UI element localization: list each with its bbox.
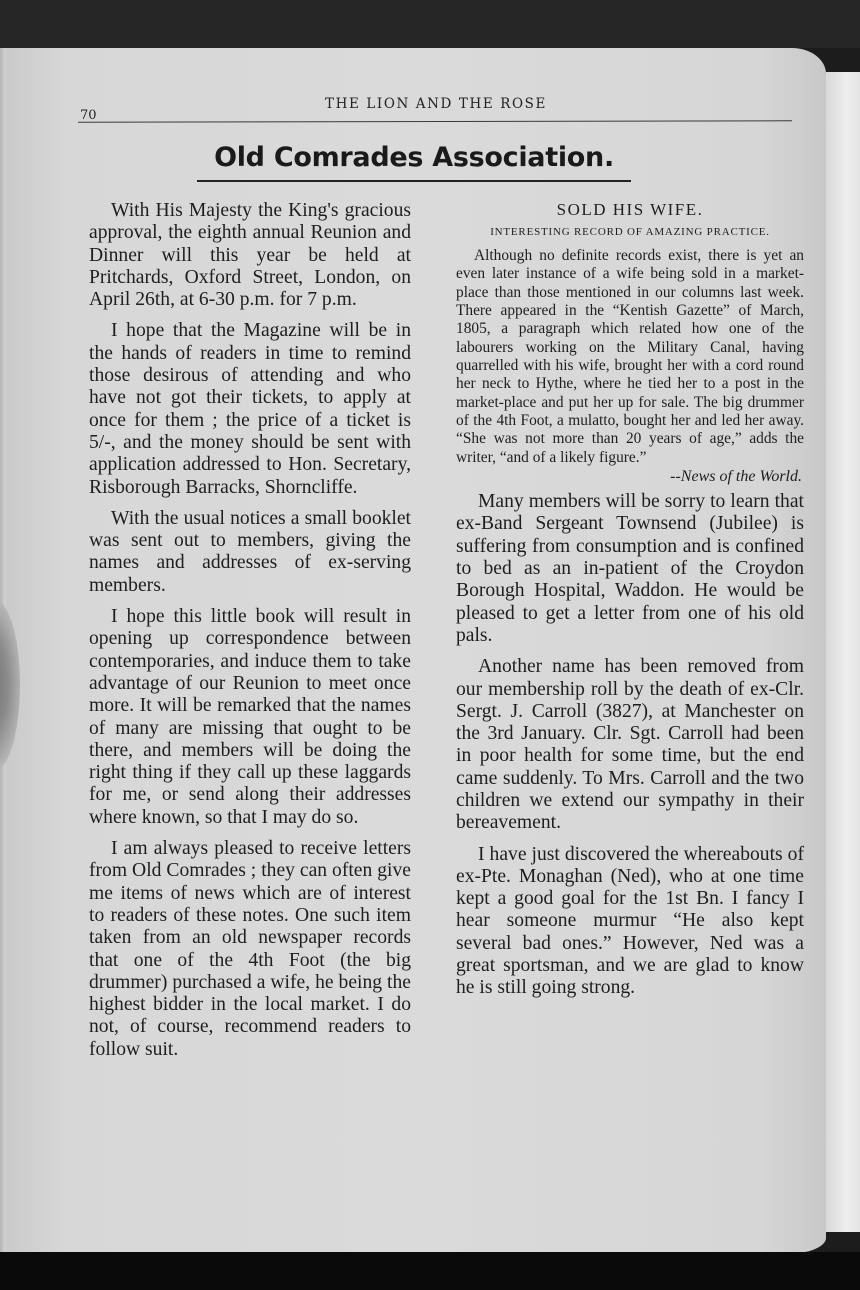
running-header: 70 THE LION AND THE ROSE	[80, 96, 790, 116]
paragraph-booklet: With the usual notices a small booklet w…	[89, 508, 411, 597]
next-page-edge	[826, 72, 860, 1232]
paragraph-carroll: Another name has been removed from our m…	[456, 656, 804, 834]
left-column: With His Majesty the King's gracious app…	[89, 200, 411, 1070]
paragraph-tickets: I hope that the Magazine will be in the …	[89, 320, 411, 498]
quoted-article: Although no definite records exist, ther…	[456, 247, 804, 486]
right-column: SOLD HIS WIFE. INTERESTING RECORD OF AMA…	[456, 200, 804, 1009]
paragraph-monaghan: I have just discovered the whereabouts o…	[456, 844, 804, 1000]
section-title: SOLD HIS WIFE.	[456, 200, 804, 220]
paragraph-townsend: Many members will be sorry to learn that…	[456, 491, 804, 647]
title-underline	[197, 180, 631, 182]
quoted-paragraph: Although no definite records exist, ther…	[456, 247, 804, 467]
quote-attribution: --News of the World.	[456, 467, 804, 486]
member-notes: Many members will be sorry to learn that…	[456, 491, 804, 1000]
running-title: THE LION AND THE ROSE	[325, 96, 547, 112]
paragraph-letters: I am always pleased to receive letters f…	[89, 838, 411, 1061]
article-title: Old Comrades Association.	[198, 140, 630, 176]
dark-backdrop-top	[0, 0, 860, 48]
paragraph-reunion-announcement: With His Majesty the King's gracious app…	[89, 200, 411, 311]
paragraph-correspondence: I hope this little book will result in o…	[89, 606, 411, 829]
section-subtitle: INTERESTING RECORD OF AMAZING PRACTICE.	[456, 225, 804, 239]
dark-backdrop-bottom	[0, 1252, 860, 1290]
